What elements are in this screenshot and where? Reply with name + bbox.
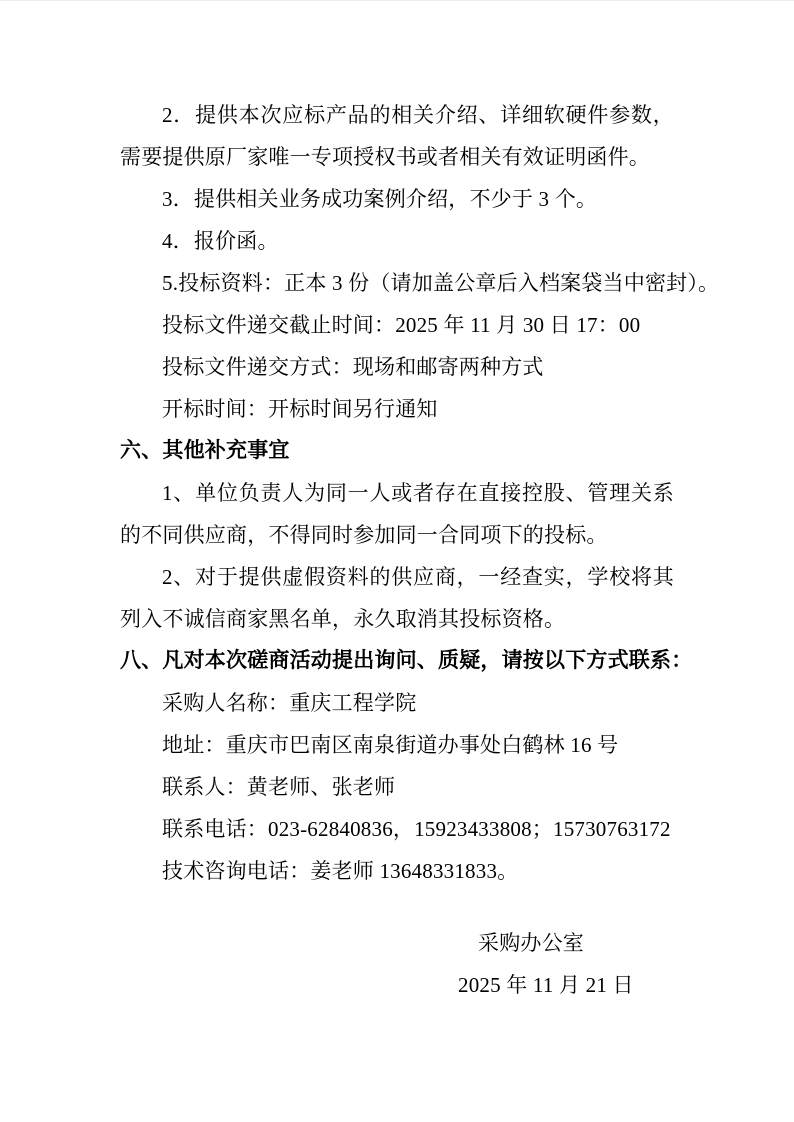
signature-date: 2025 年 11 月 21 日 <box>120 964 674 1006</box>
contact-person-line: 联系人：黄老师、张老师 <box>120 766 674 808</box>
other-matters-item-1: 1、单位负责人为同一人或者存在直接控股、管理关系的不同供应商，不得同时参加同一合… <box>120 472 674 556</box>
tech-consult-phone-line: 技术咨询电话：姜老师 13648331833。 <box>120 850 674 892</box>
bid-deadline-line: 投标文件递交截止时间：2025 年 11 月 30 日 17：00 <box>120 304 674 346</box>
section-heading-8-contact: 八、凡对本次磋商活动提出询问、质疑，请按以下方式联系： <box>120 640 674 682</box>
other-matters-item-2: 2、对于提供虚假资料的供应商，一经查实，学校将其列入不诚信商家黑名单，永久取消其… <box>120 556 674 640</box>
signature-block: 采购办公室 2025 年 11 月 21 日 <box>120 922 674 1006</box>
signature-office: 采购办公室 <box>120 922 674 964</box>
section-heading-6-other-matters: 六、其他补充事宜 <box>120 430 674 472</box>
bid-opening-time-line: 开标时间：开标时间另行通知 <box>120 388 674 430</box>
bid-item-3-case-studies: 3．提供相关业务成功案例介绍，不少于 3 个。 <box>120 178 674 220</box>
page-top-edge-divider <box>0 0 794 1</box>
document-body: 2．提供本次应标产品的相关介绍、详细软硬件参数，需要提供原厂家唯一专项授权书或者… <box>120 94 674 1006</box>
document-page: 2．提供本次应标产品的相关介绍、详细软硬件参数，需要提供原厂家唯一专项授权书或者… <box>0 0 794 1122</box>
bid-item-5-bid-documents: 5.投标资料：正本 3 份（请加盖公章后入档案袋当中密封）。 <box>120 262 674 304</box>
bid-delivery-method-line: 投标文件递交方式：现场和邮寄两种方式 <box>120 346 674 388</box>
bid-item-2-product-intro: 2．提供本次应标产品的相关介绍、详细软硬件参数，需要提供原厂家唯一专项授权书或者… <box>120 94 674 178</box>
address-line: 地址：重庆市巴南区南泉街道办事处白鹤林 16 号 <box>120 724 674 766</box>
bid-item-4-quotation-letter: 4．报价函。 <box>120 220 674 262</box>
contact-phone-line: 联系电话：023-62840836，15923433808；1573076317… <box>120 808 674 850</box>
purchaser-name-line: 采购人名称：重庆工程学院 <box>120 682 674 724</box>
